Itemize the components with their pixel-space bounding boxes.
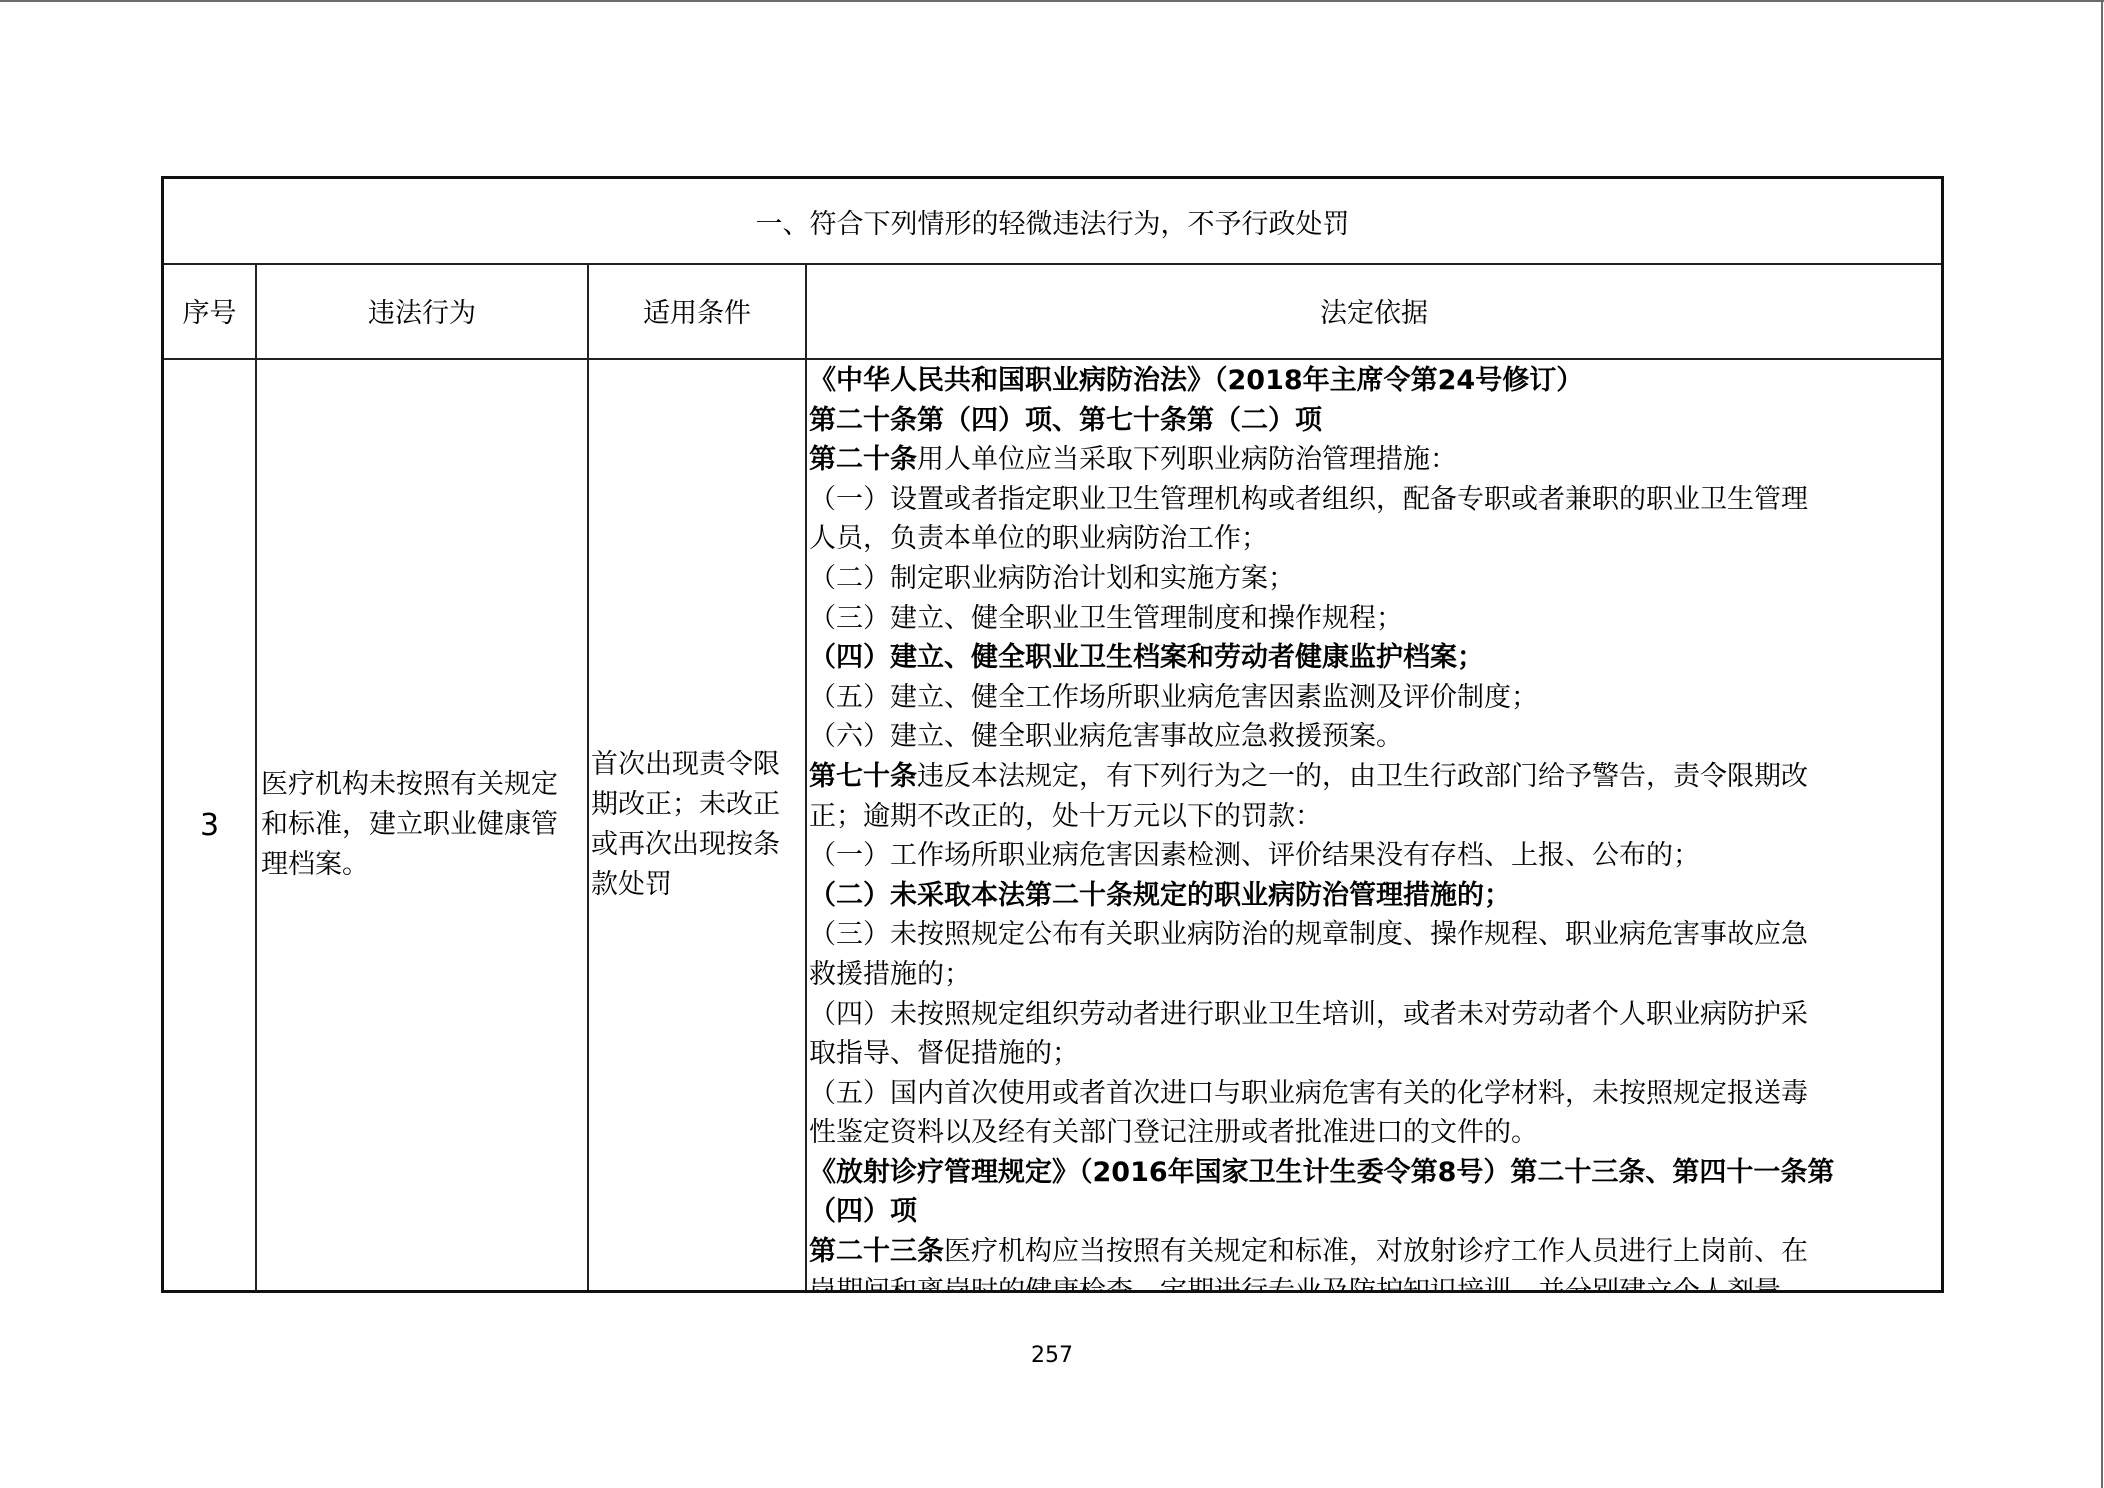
basis-text: （二）制定职业病防治计划和实施方案； xyxy=(809,563,1295,594)
basis-line: 第二十三条医疗机构应当按照有关规定和标准，对放射诊疗工作人员进行上岗前、在 xyxy=(809,1232,1937,1272)
basis-line: 取指导、督促措施的； xyxy=(809,1034,1937,1074)
header-condition: 适用条件 xyxy=(589,263,805,358)
basis-text: 人员，负责本单位的职业病防治工作； xyxy=(809,523,1268,554)
column-divider xyxy=(587,360,589,1290)
basis-line: （三）未按照规定公布有关职业病防治的规章制度、操作规程、职业病危害事故应急 xyxy=(809,915,1937,955)
basis-bold: 《中华人民共和国职业病防治法》（2018年主席令第24号修订） xyxy=(809,365,1583,396)
row-violation: 医疗机构未按照有关规定和标准，建立职业健康管理档案。 xyxy=(259,360,585,1290)
column-divider xyxy=(805,360,807,1290)
basis-line: 救援措施的； xyxy=(809,955,1937,995)
row-seq: 3 xyxy=(164,360,255,1290)
basis-bold: （二）未采取本法第二十条规定的职业病防治管理措施的； xyxy=(809,880,1511,911)
page-top-border xyxy=(0,0,2104,2)
basis-line: 岗期间和离岗时的健康检查，定期进行专业及防护知识培训，并分别建立个人剂量、 xyxy=(809,1272,1937,1290)
basis-line: 正；逾期不改正的，处十万元以下的罚款： xyxy=(809,797,1937,837)
header-violation: 违法行为 xyxy=(257,263,587,358)
header-legal-basis: 法定依据 xyxy=(807,263,1941,358)
basis-line: （二）制定职业病防治计划和实施方案； xyxy=(809,559,1937,599)
basis-bold: 第二十条第（四）项、第七十条第（二）项 xyxy=(809,405,1322,436)
basis-text: 救援措施的； xyxy=(809,959,971,990)
basis-line: 《放射诊疗管理规定》（2016年国家卫生计生委令第8号）第二十三条、第四十一条第 xyxy=(809,1153,1937,1193)
basis-line: 《中华人民共和国职业病防治法》（2018年主席令第24号修订） xyxy=(809,361,1937,401)
basis-text: 医疗机构应当按照有关规定和标准，对放射诊疗工作人员进行上岗前、在 xyxy=(944,1236,1808,1267)
basis-line: 第二十条用人单位应当采取下列职业病防治管理措施： xyxy=(809,440,1937,480)
basis-line: （四）项 xyxy=(809,1192,1937,1232)
table-row: 3 医疗机构未按照有关规定和标准，建立职业健康管理档案。 首次出现责令限期改正；… xyxy=(164,360,1941,1290)
column-divider xyxy=(255,360,257,1290)
basis-line: （四）建立、健全职业卫生档案和劳动者健康监护档案； xyxy=(809,638,1937,678)
violation-text: 医疗机构未按照有关规定和标准，建立职业健康管理档案。 xyxy=(261,765,583,885)
basis-text: 岗期间和离岗时的健康检查，定期进行专业及防护知识培训，并分别建立个人剂量、 xyxy=(809,1276,1808,1290)
basis-line: （一）工作场所职业病危害因素检测、评价结果没有存档、上报、公布的； xyxy=(809,836,1937,876)
basis-line: 第七十条违反本法规定，有下列行为之一的，由卫生行政部门给予警告，责令限期改 xyxy=(809,757,1937,797)
basis-text: 性鉴定资料以及经有关部门登记注册或者批准进口的文件的。 xyxy=(809,1117,1538,1148)
basis-bold: 《放射诊疗管理规定》（2016年国家卫生计生委令第8号）第二十三条、第四十一条第 xyxy=(809,1157,1834,1188)
basis-line: （五）建立、健全工作场所职业病危害因素监测及评价制度； xyxy=(809,678,1937,718)
section-title: 一、符合下列情形的轻微违法行为，不予行政处罚 xyxy=(164,179,1941,265)
basis-line: （一）设置或者指定职业卫生管理机构或者组织，配备专职或者兼职的职业卫生管理 xyxy=(809,480,1937,520)
basis-line: （五）国内首次使用或者首次进口与职业病危害有关的化学材料，未按照规定报送毒 xyxy=(809,1074,1937,1114)
condition-text: 首次出现责令限期改正；未改正或再次出现按条款处罚 xyxy=(591,745,803,905)
basis-bold: 第二十三条 xyxy=(809,1236,944,1267)
basis-text: 取指导、督促措施的； xyxy=(809,1038,1079,1069)
basis-bold: （四）项 xyxy=(809,1196,917,1227)
header-seq: 序号 xyxy=(164,263,255,358)
basis-text: （一）工作场所职业病危害因素检测、评价结果没有存档、上报、公布的； xyxy=(809,840,1700,871)
basis-line: （四）未按照规定组织劳动者进行职业卫生培训，或者未对劳动者个人职业病防护采 xyxy=(809,995,1937,1035)
basis-text: 违反本法规定，有下列行为之一的，由卫生行政部门给予警告，责令限期改 xyxy=(917,761,1808,792)
basis-bold: 第七十条 xyxy=(809,761,917,792)
basis-bold: （四）建立、健全职业卫生档案和劳动者健康监护档案； xyxy=(809,642,1484,673)
basis-text: （一）设置或者指定职业卫生管理机构或者组织，配备专职或者兼职的职业卫生管理 xyxy=(809,484,1808,515)
basis-text: （六）建立、健全职业病危害事故应急救援预案。 xyxy=(809,721,1403,752)
basis-text: （三）建立、健全职业卫生管理制度和操作规程； xyxy=(809,603,1403,634)
basis-text: （四）未按照规定组织劳动者进行职业卫生培训，或者未对劳动者个人职业病防护采 xyxy=(809,999,1808,1030)
basis-line: 性鉴定资料以及经有关部门登记注册或者批准进口的文件的。 xyxy=(809,1113,1937,1153)
basis-line: 人员，负责本单位的职业病防治工作； xyxy=(809,519,1937,559)
page-number: 257 xyxy=(0,1343,2104,1368)
basis-text: 正；逾期不改正的，处十万元以下的罚款： xyxy=(809,801,1322,832)
basis-text: 用人单位应当采取下列职业病防治管理措施： xyxy=(917,444,1457,475)
row-condition: 首次出现责令限期改正；未改正或再次出现按条款处罚 xyxy=(591,360,803,1290)
basis-line: （三）建立、健全职业卫生管理制度和操作规程； xyxy=(809,599,1937,639)
penalty-table: 一、符合下列情形的轻微违法行为，不予行政处罚 序号 违法行为 适用条件 法定依据… xyxy=(161,176,1944,1293)
row-legal-basis: 《中华人民共和国职业病防治法》（2018年主席令第24号修订） 第二十条第（四）… xyxy=(809,360,1937,1290)
table-header-row: 序号 违法行为 适用条件 法定依据 xyxy=(164,263,1941,360)
basis-text: （五）建立、健全工作场所职业病危害因素监测及评价制度； xyxy=(809,682,1538,713)
basis-text: （五）国内首次使用或者首次进口与职业病危害有关的化学材料，未按照规定报送毒 xyxy=(809,1078,1808,1109)
basis-line: （二）未采取本法第二十条规定的职业病防治管理措施的； xyxy=(809,876,1937,916)
basis-text: （三）未按照规定公布有关职业病防治的规章制度、操作规程、职业病危害事故应急 xyxy=(809,919,1808,950)
basis-bold: 第二十条 xyxy=(809,444,917,475)
page-right-border xyxy=(2101,0,2103,1488)
basis-line: 第二十条第（四）项、第七十条第（二）项 xyxy=(809,401,1937,441)
basis-line: （六）建立、健全职业病危害事故应急救援预案。 xyxy=(809,717,1937,757)
